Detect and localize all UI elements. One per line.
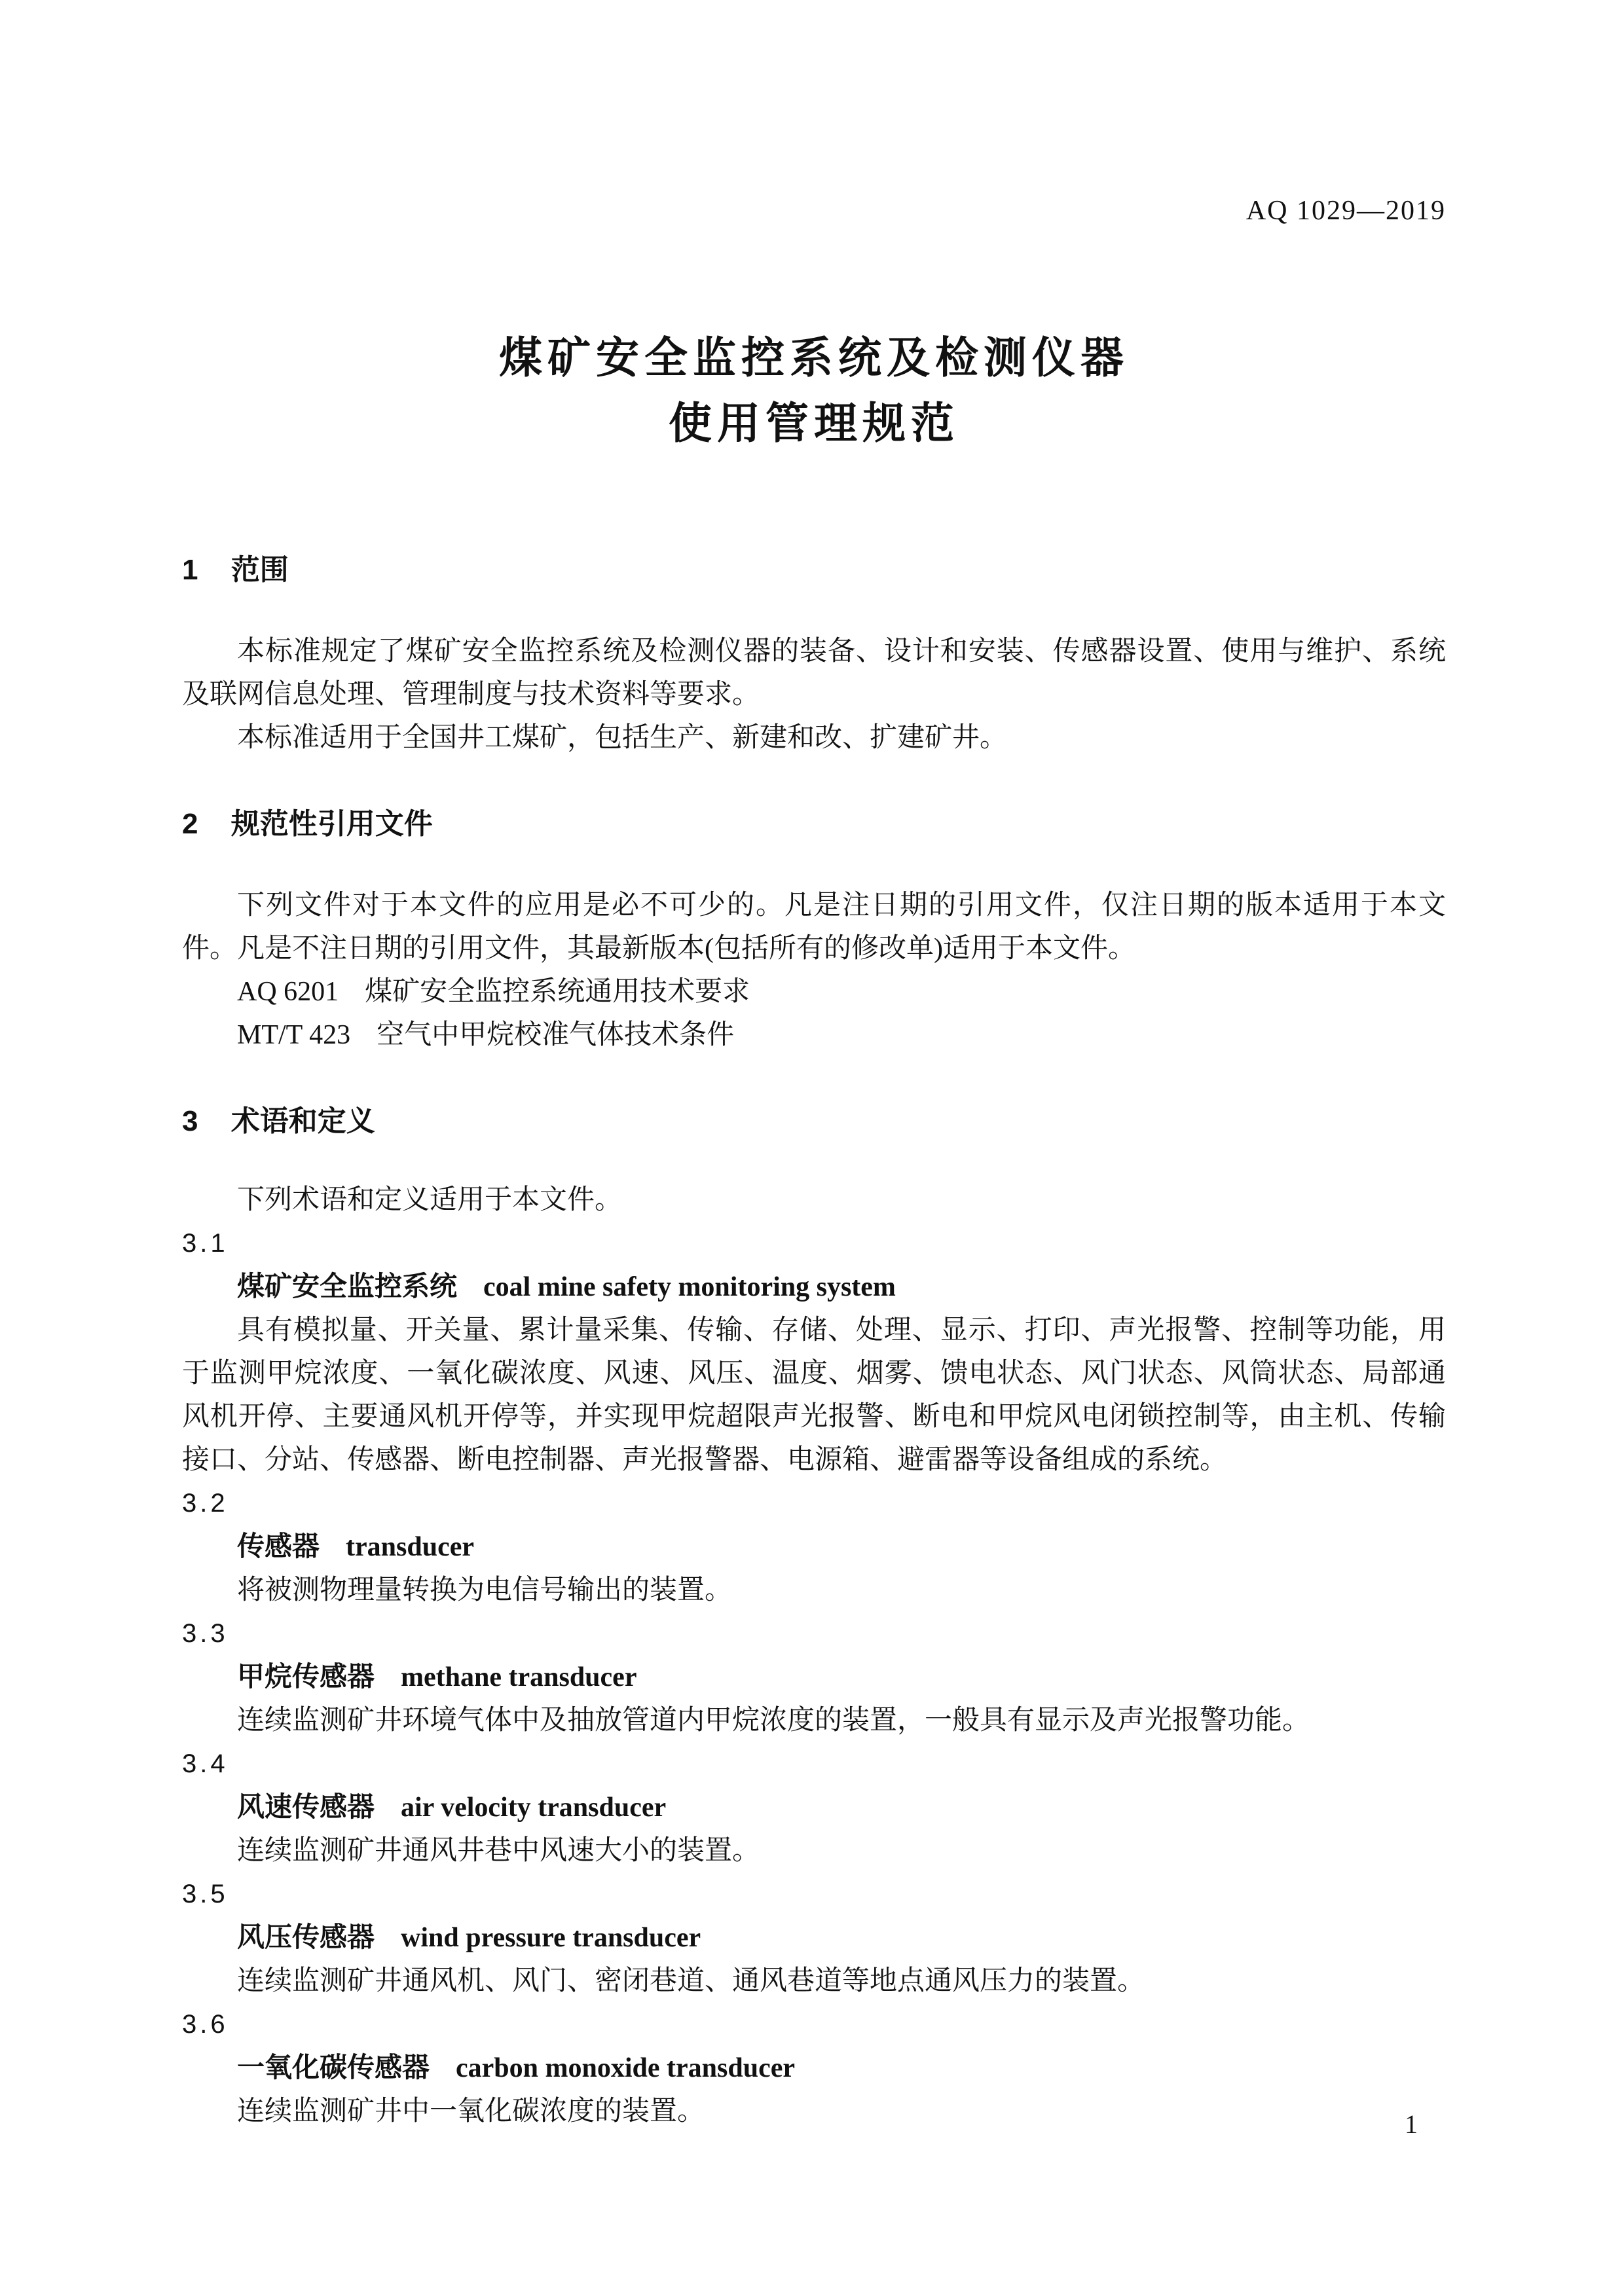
term-en: methane transducer xyxy=(401,1662,637,1692)
reference-title: 空气中甲烷校准气体技术条件 xyxy=(377,1020,734,1050)
terms-intro: 下列术语和定义适用于本文件。 xyxy=(182,1178,1446,1222)
reference-item: AQ 6201煤矿安全监控系统通用技术要求 xyxy=(182,970,1446,1013)
term-en: wind pressure transducer xyxy=(401,1923,701,1953)
section-1-number: 1 xyxy=(182,554,198,587)
term-heading: 甲烷传感器methane transducer xyxy=(182,1655,1446,1699)
section-1-heading: 1 范围 xyxy=(182,554,1446,587)
section-2-paragraph-1: 下列文件对于本文件的应用是必不可少的。凡是注日期的引用文件，仅注日期的版本适用于… xyxy=(182,884,1446,970)
page-content: AQ 1029—2019 煤矿安全监控系统及检测仪器 使用管理规范 1 范围 本… xyxy=(182,0,1446,2133)
term-number: 3.5 xyxy=(182,1872,1446,1916)
term-zh: 煤矿安全监控系统 xyxy=(237,1271,457,1302)
section-2-title: 规范性引用文件 xyxy=(231,808,433,841)
term-number: 3.3 xyxy=(182,1612,1446,1655)
section-2-number: 2 xyxy=(182,808,198,841)
term-definition: 连续监测矿井中一氧化碳浓度的装置。 xyxy=(182,2090,1446,2133)
term-heading: 煤矿安全监控系统coal mine safety monitoring syst… xyxy=(182,1265,1446,1309)
document-page: AQ 1029—2019 煤矿安全监控系统及检测仪器 使用管理规范 1 范围 本… xyxy=(0,0,1624,2296)
term-zh: 传感器 xyxy=(237,1531,320,1561)
term-zh: 风速传感器 xyxy=(237,1791,375,1822)
section-1-paragraph-1: 本标准规定了煤矿安全监控系统及检测仪器的装备、设计和安装、传感器设置、使用与维护… xyxy=(182,630,1446,716)
document-title-line1: 煤矿安全监控系统及检测仪器 xyxy=(182,331,1446,384)
term-heading: 传感器transducer xyxy=(182,1525,1446,1569)
term-heading: 一氧化碳传感器carbon monoxide transducer xyxy=(182,2046,1446,2090)
standard-number: AQ 1029—2019 xyxy=(182,198,1446,224)
term-definition: 具有模拟量、开关量、累计量采集、传输、存储、处理、显示、打印、声光报警、控制等功… xyxy=(182,1309,1446,1482)
term-definition: 连续监测矿井通风机、风门、密闭巷道、通风巷道等地点通风压力的装置。 xyxy=(182,1959,1446,2003)
section-1-title: 范围 xyxy=(231,554,289,587)
term-en: carbon monoxide transducer xyxy=(456,2053,795,2083)
term-number: 3.6 xyxy=(182,2003,1446,2046)
section-3-number: 3 xyxy=(182,1105,198,1138)
term-number: 3.1 xyxy=(182,1222,1446,1265)
reference-item: MT/T 423空气中甲烷校准气体技术条件 xyxy=(182,1013,1446,1057)
term-en: coal mine safety monitoring system xyxy=(483,1272,896,1302)
term-en: transducer xyxy=(346,1532,474,1562)
document-title-line2: 使用管理规范 xyxy=(182,397,1446,449)
section-2-heading: 2 规范性引用文件 xyxy=(182,808,1446,841)
reference-code: AQ 6201 xyxy=(237,977,339,1007)
term-zh: 甲烷传感器 xyxy=(237,1661,375,1692)
term-number: 3.2 xyxy=(182,1482,1446,1525)
reference-code: MT/T 423 xyxy=(237,1020,350,1050)
section-1-paragraph-2: 本标准适用于全国井工煤矿，包括生产、新建和改、扩建矿井。 xyxy=(182,716,1446,759)
term-definition: 连续监测矿井通风井巷中风速大小的装置。 xyxy=(182,1829,1446,1872)
term-definition: 连续监测矿井环境气体中及抽放管道内甲烷浓度的装置，一般具有显示及声光报警功能。 xyxy=(182,1699,1446,1742)
term-zh: 一氧化碳传感器 xyxy=(237,2052,430,2083)
term-heading: 风压传感器wind pressure transducer xyxy=(182,1916,1446,1959)
term-number: 3.4 xyxy=(182,1742,1446,1785)
section-3-heading: 3 术语和定义 xyxy=(182,1105,1446,1138)
term-zh: 风压传感器 xyxy=(237,1922,375,1952)
section-3-title: 术语和定义 xyxy=(231,1105,375,1138)
page-number: 1 xyxy=(1405,2109,1418,2140)
reference-title: 煤矿安全监控系统通用技术要求 xyxy=(365,977,750,1007)
term-definition: 将被测物理量转换为电信号输出的装置。 xyxy=(182,1569,1446,1612)
term-en: air velocity transducer xyxy=(401,1793,666,1823)
term-heading: 风速传感器air velocity transducer xyxy=(182,1785,1446,1829)
